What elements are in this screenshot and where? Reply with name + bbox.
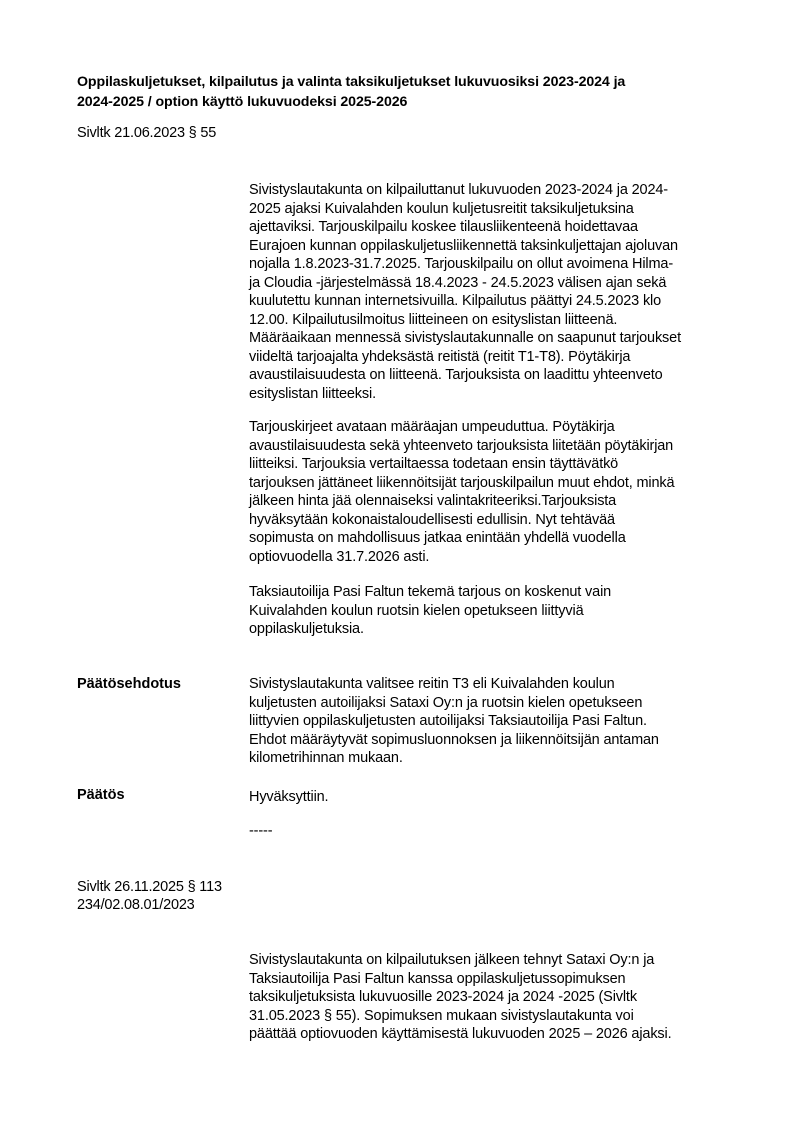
- record-number: 234/02.08.01/2023: [77, 896, 195, 915]
- proposal-label: Päätösehdotus: [77, 675, 181, 694]
- text-line: Sivistyslautakunta valitsee reitin T3 el…: [249, 675, 749, 694]
- meeting-reference-2: Sivltk 26.11.2025 § 113: [77, 878, 222, 897]
- text-line: Sivistyslautakunta on kilpailuttanut luk…: [249, 181, 749, 200]
- text-line: 12.00. Kilpailutusilmoitus liitteineen o…: [249, 311, 749, 330]
- document-title: Oppilaskuljetukset, kilpailutus ja valin…: [77, 72, 737, 112]
- text-line: taksikuljetuksista lukuvuosille 2023-202…: [249, 988, 749, 1007]
- text-line: sopimusta on mahdollisuus jatkaa enintää…: [249, 529, 749, 548]
- title-line-2: 2024-2025 / option käyttö lukuvuodeksi 2…: [77, 92, 737, 112]
- text-line: 2025 ajaksi Kuivalahden koulun kuljetusr…: [249, 200, 749, 219]
- text-line: päättää optiovuoden käyttämisestä lukuvu…: [249, 1025, 749, 1044]
- text-line: avaustilaisuudesta on liitteenä. Tarjouk…: [249, 366, 749, 385]
- text-line: avaustilaisuudesta sekä yhteenveto tarjo…: [249, 437, 749, 456]
- text-line: hyväksytään kokonaistaloudellisesti edul…: [249, 511, 749, 530]
- paragraph-option-year: Sivistyslautakunta on kilpailutuksen jäl…: [249, 951, 749, 1044]
- text-line: kuljetusten autoilijaksi Sataxi Oy:n ja …: [249, 694, 749, 713]
- title-line-1: Oppilaskuljetukset, kilpailutus ja valin…: [77, 72, 737, 92]
- proposal-text: Sivistyslautakunta valitsee reitin T3 el…: [249, 675, 749, 768]
- text-line: Taksiautoilija Pasi Faltun kanssa oppila…: [249, 970, 749, 989]
- text-line: Sivistyslautakunta on kilpailutuksen jäl…: [249, 951, 749, 970]
- text-line: ajettaviksi. Tarjouskilpailu koskee tila…: [249, 218, 749, 237]
- text-line: Kuivalahden koulun ruotsin kielen opetuk…: [249, 602, 749, 621]
- text-line: jälkeen hinta jää olennaiseksi valintakr…: [249, 492, 749, 511]
- decision-text: Hyväksyttiin.: [249, 788, 749, 807]
- text-line: ja Cloudia -järjestelmässä 18.4.2023 - 2…: [249, 274, 749, 293]
- text-line: liittyvien oppilaskuljetusten autoilijak…: [249, 712, 749, 731]
- section-separator: -----: [249, 822, 749, 841]
- text-line: optiovuodella 31.7.2026 asti.: [249, 548, 749, 567]
- meeting-reference-1: Sivltk 21.06.2023 § 55: [77, 124, 216, 143]
- text-line: Taksiautoilija Pasi Faltun tekemä tarjou…: [249, 583, 749, 602]
- text-line: kilometrihinnan mukaan.: [249, 749, 749, 768]
- text-line: Määräaikaan mennessä sivistyslautakunnal…: [249, 329, 749, 348]
- text-line: Eurajoen kunnan oppilaskuljetusliikennet…: [249, 237, 749, 256]
- text-line: tarjouksen jättäneet liikennöitsijät tar…: [249, 474, 749, 493]
- paragraph-tender-evaluation: Tarjouskirjeet avataan määräajan umpeudu…: [249, 418, 749, 566]
- text-line: 31.05.2023 § 55). Sopimuksen mukaan sivi…: [249, 1007, 749, 1026]
- paragraph-tender-background: Sivistyslautakunta on kilpailuttanut luk…: [249, 181, 749, 403]
- text-line: liitteiksi. Tarjouksia vertailtaessa tod…: [249, 455, 749, 474]
- document-page: Oppilaskuljetukset, kilpailutus ja valin…: [0, 0, 794, 1122]
- decision-label: Päätös: [77, 786, 125, 805]
- text-line: nojalla 1.8.2023-31.7.2025. Tarjouskilpa…: [249, 255, 749, 274]
- text-line: viideltä tarjoajalta yhdeksästä reitistä…: [249, 348, 749, 367]
- paragraph-faltun-offer: Taksiautoilija Pasi Faltun tekemä tarjou…: [249, 583, 749, 639]
- text-line: Tarjouskirjeet avataan määräajan umpeudu…: [249, 418, 749, 437]
- text-line: oppilaskuljetuksia.: [249, 620, 749, 639]
- text-line: Ehdot määräytyvät sopimusluonnoksen ja l…: [249, 731, 749, 750]
- text-line: esityslistan liitteeksi.: [249, 385, 749, 404]
- text-line: kuulutettu kunnan internetsivuilla. Kilp…: [249, 292, 749, 311]
